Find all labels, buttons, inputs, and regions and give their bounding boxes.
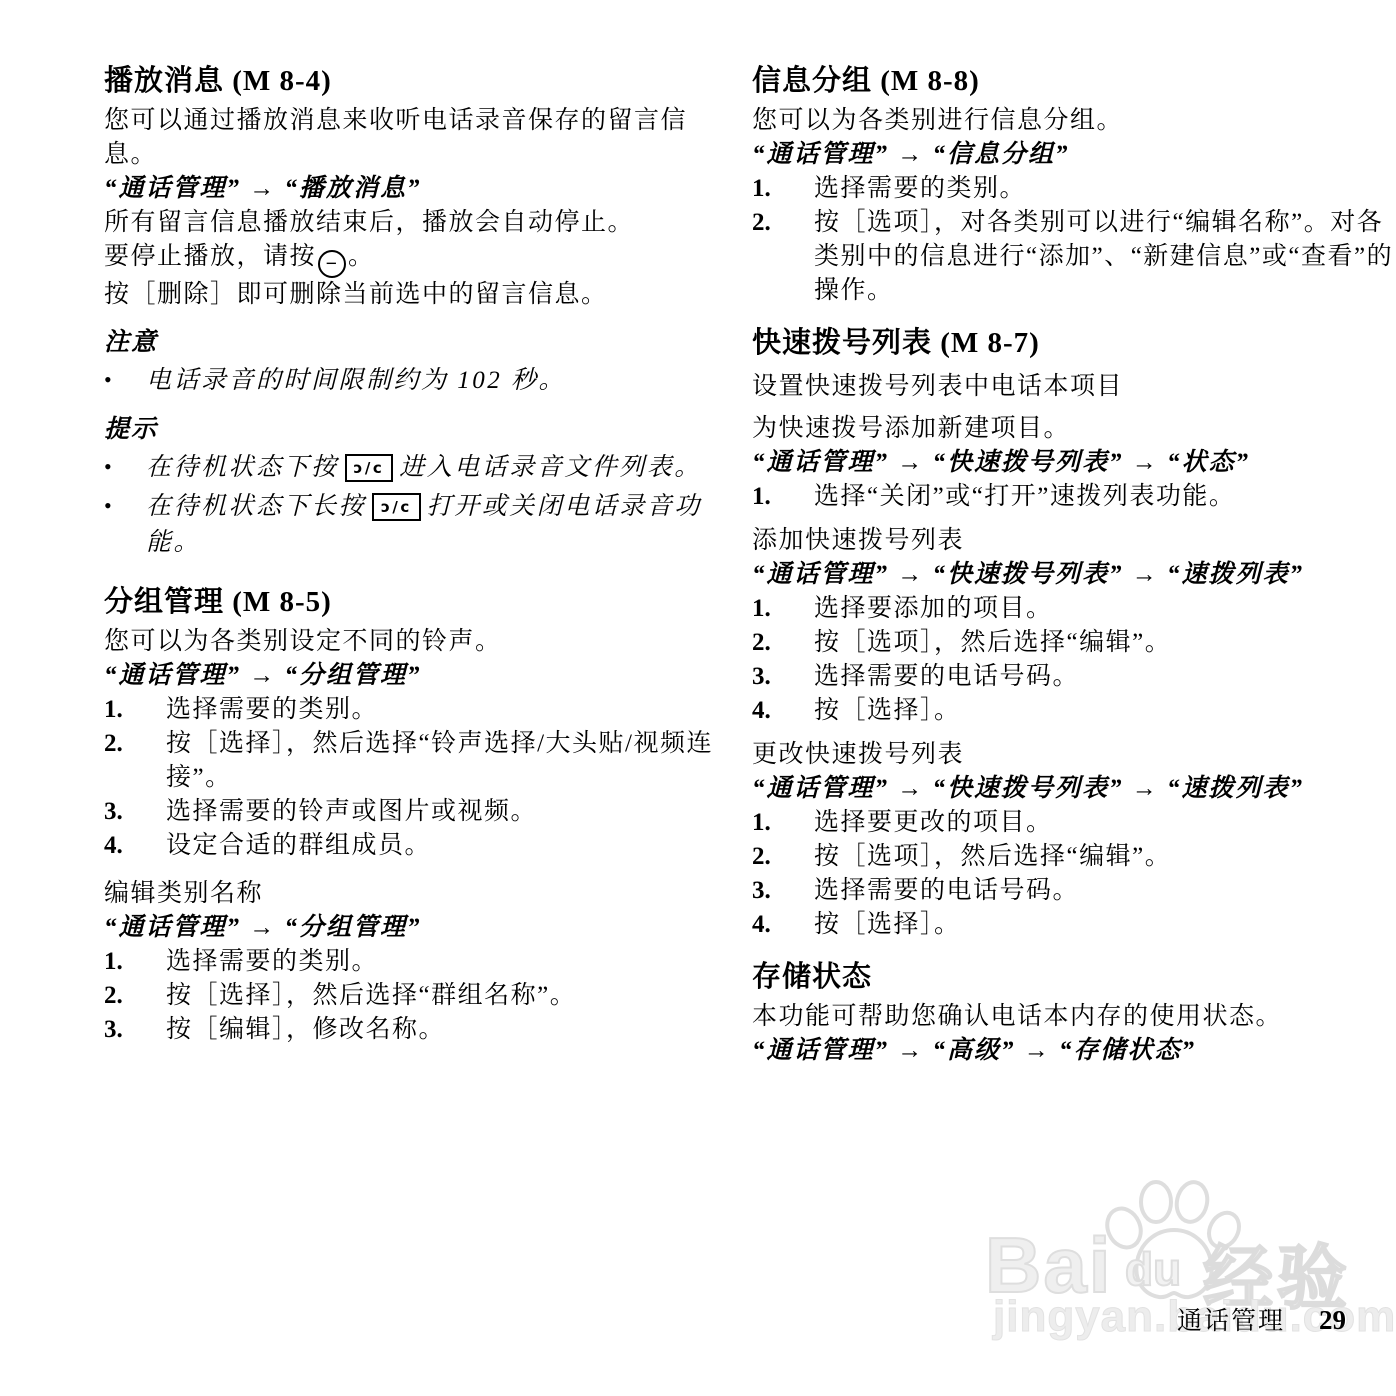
step-text: 按［选择］，然后选择“铃声选择/大头贴/视频连接”。	[166, 727, 734, 795]
step-text: 选择需要的类别。	[166, 693, 378, 727]
page-footer: 通话管理 29	[1177, 1301, 1346, 1337]
step-text: 选择需要的类别。	[814, 172, 1026, 206]
step-text: 选择需要的电话号码。	[814, 874, 1079, 908]
step-number: 1.	[752, 172, 814, 206]
subsection-title-edit-category: 编辑类别名称	[104, 877, 734, 911]
subsection-text: 为快速拨号添加新建项目。	[752, 412, 1396, 446]
tip-heading: 提示	[104, 413, 734, 447]
section-message-groups: 信息分组 (M 8-8) 您可以为各类别进行信息分组。 “通话管理” → “信息…	[752, 62, 1396, 308]
step-item: 3.按［编辑］，修改名称。	[104, 1013, 734, 1047]
step-number: 2.	[104, 727, 166, 795]
footer-page-number: 29	[1319, 1305, 1346, 1336]
step-item: 4.设定合适的群组成员。	[104, 829, 734, 863]
step-text: 按［选择］。	[814, 908, 961, 942]
step-text: 选择需要的铃声或图片或视频。	[166, 795, 537, 829]
step-text: 选择需要的电话号码。	[814, 660, 1079, 694]
step-text: 选择要更改的项目。	[814, 806, 1053, 840]
menu-path: “通话管理” → “快速拨号列表” → “速拨列表”	[752, 558, 1396, 592]
step-item: 4.按［选择］。	[752, 908, 1396, 942]
step-list: 1.选择要更改的项目。 2.按［选项］，然后选择“编辑”。 3.选择需要的电话号…	[752, 806, 1396, 942]
section-play-messages: 播放消息 (M 8-4) 您可以通过播放消息来收听电话录音保存的留言信息。 “通…	[104, 62, 734, 561]
step-list: 1.选择需要的类别。 2.按［选择］，然后选择“群组名称”。 3.按［编辑］，修…	[104, 945, 734, 1047]
menu-path: “通话管理” → “分组管理”	[104, 911, 734, 945]
subsection-text: 设置快速拨号列表中电话本项目	[752, 370, 1396, 404]
step-text: 设定合适的群组成员。	[166, 829, 431, 863]
step-text: 选择要添加的项目。	[814, 592, 1053, 626]
step-number: 4.	[752, 908, 814, 942]
step-text: 按［编辑］，修改名称。	[166, 1013, 445, 1047]
section-speed-dial: 快速拨号列表 (M 8-7) 设置快速拨号列表中电话本项目 为快速拨号添加新建项…	[752, 324, 1396, 942]
paragraph-text: 要停止播放，请按	[104, 243, 316, 270]
step-item: 1.选择要添加的项目。	[752, 592, 1396, 626]
step-number: 3.	[752, 874, 814, 908]
menu-path: “通话管理” → “快速拨号列表” → “速拨列表”	[752, 772, 1396, 806]
step-item: 1.选择“关闭”或“打开”速拨列表功能。	[752, 480, 1396, 514]
step-item: 2.按［选项］，对各类别可以进行“编辑名称”。对各类别中的信息进行“添加”、“新…	[752, 206, 1396, 308]
note-item: • 电话录音的时间限制约为 102 秒。	[104, 363, 734, 399]
step-item: 2.按［选择］，然后选择“群组名称”。	[104, 979, 734, 1013]
paragraph: 您可以为各类别进行信息分组。	[752, 104, 1396, 138]
step-number: 2.	[752, 840, 814, 874]
section-title-play-messages: 播放消息 (M 8-4)	[104, 62, 734, 100]
section-title-speed-dial: 快速拨号列表 (M 8-7)	[752, 324, 1396, 362]
step-item: 1.选择需要的类别。	[104, 945, 734, 979]
step-text: 按［选项］，对各类别可以进行“编辑名称”。对各类别中的信息进行“添加”、“新建信…	[814, 206, 1396, 308]
paragraph: 您可以通过播放消息来收听电话录音保存的留言信息。	[104, 104, 734, 172]
step-list: 1.选择需要的类别。 2.按［选项］，对各类别可以进行“编辑名称”。对各类别中的…	[752, 172, 1396, 308]
tip-item-text: 在待机状态下按ɔ/c进入电话录音文件列表。	[146, 450, 702, 486]
step-text: 按［选择］。	[814, 694, 961, 728]
key-label: ɔ/c	[381, 498, 412, 516]
step-number: 4.	[752, 694, 814, 728]
step-item: 3.选择需要的电话号码。	[752, 660, 1396, 694]
key-label: ɔ/c	[354, 459, 385, 477]
tip-text: 进入电话录音文件列表。	[399, 454, 702, 481]
step-number: 1.	[752, 806, 814, 840]
step-number: 1.	[104, 945, 166, 979]
step-item: 3.选择需要的电话号码。	[752, 874, 1396, 908]
step-list: 1.选择“关闭”或“打开”速拨列表功能。	[752, 480, 1396, 514]
note-item-text: 电话录音的时间限制约为 102 秒。	[146, 363, 566, 399]
step-number: 2.	[752, 206, 814, 308]
step-text: 按［选项］，然后选择“编辑”。	[814, 840, 1171, 874]
menu-path: “通话管理” → “快速拨号列表” → “状态”	[752, 446, 1396, 480]
menu-path: “通话管理” → “播放消息”	[104, 172, 734, 206]
menu-path: “通话管理” → “信息分组”	[752, 138, 1396, 172]
step-number: 1.	[752, 592, 814, 626]
tip-text: 在待机状态下按	[146, 454, 339, 481]
tip-text: 在待机状态下长按	[146, 493, 366, 520]
step-item: 1.选择要更改的项目。	[752, 806, 1396, 840]
step-number: 1.	[104, 693, 166, 727]
minus-glyph: −	[326, 247, 339, 281]
step-item: 2.按［选项］，然后选择“编辑”。	[752, 840, 1396, 874]
step-item: 3.选择需要的铃声或图片或视频。	[104, 795, 734, 829]
paragraph-with-key: 要停止播放，请按−。	[104, 240, 734, 278]
step-item: 2.按［选择］，然后选择“铃声选择/大头贴/视频连接”。	[104, 727, 734, 795]
step-number: 3.	[104, 795, 166, 829]
step-number: 4.	[104, 829, 166, 863]
bullet-icon: •	[104, 450, 146, 486]
paragraph: 所有留言信息播放结束后，播放会自动停止。	[104, 206, 734, 240]
tip-item-text: 在待机状态下长按ɔ/c打开或关闭电话录音功能。	[146, 489, 734, 561]
step-number: 3.	[104, 1013, 166, 1047]
paragraph: 按［删除］即可删除当前选中的留言信息。	[104, 278, 734, 312]
section-title-group-management: 分组管理 (M 8-5)	[104, 583, 734, 621]
stop-key-icon: −	[318, 250, 346, 278]
step-text: 选择“关闭”或“打开”速拨列表功能。	[814, 480, 1235, 514]
left-column: 播放消息 (M 8-4) 您可以通过播放消息来收听电话录音保存的留言信息。 “通…	[104, 62, 734, 1047]
menu-path: “通话管理” → “高级” → “存储状态”	[752, 1034, 1396, 1068]
step-text: 选择需要的类别。	[166, 945, 378, 979]
step-item: 4.按［选择］。	[752, 694, 1396, 728]
subsection-title-add-speed-dial: 添加快速拨号列表	[752, 524, 1396, 558]
step-list: 1.选择要添加的项目。 2.按［选项］，然后选择“编辑”。 3.选择需要的电话号…	[752, 592, 1396, 728]
step-item: 2.按［选项］，然后选择“编辑”。	[752, 626, 1396, 660]
back-clear-key-icon: ɔ/c	[372, 493, 421, 521]
bullet-icon: •	[104, 363, 146, 399]
step-number: 2.	[752, 626, 814, 660]
back-clear-key-icon: ɔ/c	[345, 454, 394, 482]
step-list: 1.选择需要的类别。 2.按［选择］，然后选择“铃声选择/大头贴/视频连接”。 …	[104, 693, 734, 863]
paragraph: 您可以为各类别设定不同的铃声。	[104, 625, 734, 659]
section-group-management: 分组管理 (M 8-5) 您可以为各类别设定不同的铃声。 “通话管理” → “分…	[104, 583, 734, 1047]
right-column: 信息分组 (M 8-8) 您可以为各类别进行信息分组。 “通话管理” → “信息…	[752, 62, 1396, 1068]
note-heading: 注意	[104, 326, 734, 360]
subsection-title-change-speed-dial: 更改快速拨号列表	[752, 738, 1396, 772]
menu-path: “通话管理” → “分组管理”	[104, 659, 734, 693]
step-number: 3.	[752, 660, 814, 694]
section-memory-status: 存储状态 本功能可帮助您确认电话本内存的使用状态。 “通话管理” → “高级” …	[752, 958, 1396, 1068]
step-number: 1.	[752, 480, 814, 514]
tip-item: • 在待机状态下长按ɔ/c打开或关闭电话录音功能。	[104, 489, 734, 561]
step-text: 按［选项］，然后选择“编辑”。	[814, 626, 1171, 660]
step-item: 1.选择需要的类别。	[752, 172, 1396, 206]
baidu-logo-du-text: du	[1125, 1242, 1181, 1296]
step-item: 1.选择需要的类别。	[104, 693, 734, 727]
bullet-icon: •	[104, 489, 146, 561]
footer-section-label: 通话管理	[1177, 1301, 1285, 1337]
section-title-memory-status: 存储状态	[752, 958, 1396, 996]
paragraph-text: 。	[348, 243, 375, 270]
step-text: 按［选择］，然后选择“群组名称”。	[166, 979, 576, 1013]
step-number: 2.	[104, 979, 166, 1013]
tip-item: • 在待机状态下按ɔ/c进入电话录音文件列表。	[104, 450, 734, 486]
section-title-message-groups: 信息分组 (M 8-8)	[752, 62, 1396, 100]
paragraph: 本功能可帮助您确认电话本内存的使用状态。	[752, 1000, 1396, 1034]
